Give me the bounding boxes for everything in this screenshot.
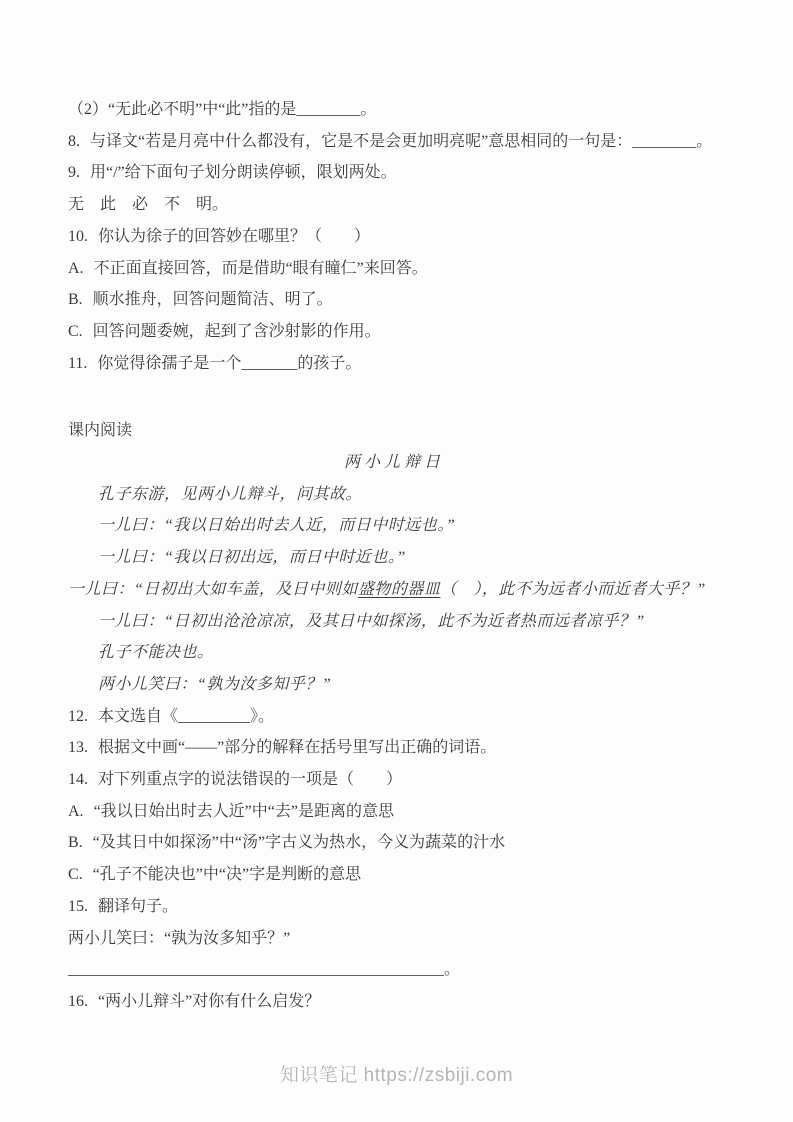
passage-line-4: 一儿曰：“日初出大如车盖，及日中则如盛物的器皿（ ），此不为远者小而近者大乎？”: [68, 574, 770, 606]
option-c-text: “孔子不能决也”中“决”字是判断的意思: [93, 866, 361, 883]
question-15-text: 翻译句子。: [98, 898, 178, 915]
question-10-option-a: A.不正面直接回答，而是借助“眼有瞳仁”来回答。: [68, 253, 770, 285]
question-12-text: 本文选自《_________》。: [98, 708, 274, 725]
question-15-number: 15.: [68, 898, 88, 915]
sub-question-2: （2）“无此必不明”中“此”指的是________。: [68, 94, 770, 126]
option-b-letter: B.: [68, 834, 83, 851]
option-a-letter: A.: [68, 803, 84, 820]
question-12-number: 12.: [68, 708, 88, 725]
question-8: 8.与译文“若是月亮中什么都没有，它是不是会更加明亮呢”意思相同的一句是：___…: [68, 126, 770, 158]
question-11-text: 你觉得徐孺子是一个_______的孩子。: [97, 355, 361, 372]
question-16-text: “两小儿辩斗”对你有什么启发？: [98, 993, 320, 1010]
option-b-letter: B.: [68, 291, 83, 308]
option-a-letter: A.: [68, 260, 84, 277]
question-9-text: 用“/”给下面句子划分朗读停顿，限划两处。: [90, 164, 397, 181]
option-a-text: “我以日始出时去人近”中“去”是距离的意思: [94, 803, 394, 820]
question-10-option-c: C.回答问题委婉，起到了含沙射影的作用。: [68, 316, 770, 348]
question-10-text: 你认为徐子的回答妙在哪里？（ ）: [98, 228, 370, 245]
option-b-text: 顺水推舟，回答问题简洁、明了。: [93, 291, 333, 308]
passage-line-7: 两小儿笑曰：“孰为汝多知乎？”: [68, 669, 770, 701]
footer-watermark: 知识笔记 https://zsbiji.com: [0, 1060, 793, 1087]
question-8-text: 与译文“若是月亮中什么都没有，它是不是会更加明亮呢”意思相同的一句是：_____…: [90, 133, 712, 150]
pause-marking-sentence: 无 此 必 不 明。: [68, 189, 770, 221]
question-9: 9.用“/”给下面句子划分朗读停顿，限划两处。: [68, 157, 770, 189]
question-16: 16.“两小儿辩斗”对你有什么启发？: [68, 986, 770, 1018]
worksheet-content: （2）“无此必不明”中“此”指的是________。 8.与译文“若是月亮中什么…: [68, 94, 770, 1018]
question-14-option-a: A.“我以日始出时去人近”中“去”是距离的意思: [68, 796, 770, 828]
worksheet-page: （2）“无此必不明”中“此”指的是________。 8.与译文“若是月亮中什么…: [0, 0, 793, 1122]
underlined-phrase: 盛物的器皿: [358, 581, 441, 598]
passage-line-6: 孔子不能决也。: [68, 637, 770, 669]
option-a-text: 不正面直接回答，而是借助“眼有瞳仁”来回答。: [94, 260, 428, 277]
question-15: 15.翻译句子。: [68, 891, 770, 923]
question-10-number: 10.: [68, 228, 88, 245]
question-12: 12.本文选自《_________》。: [68, 701, 770, 733]
option-c-letter: C.: [68, 866, 83, 883]
option-b-text: “及其日中如探汤”中“汤”字古义为热水，今义为蔬菜的汁水: [93, 834, 505, 851]
question-16-number: 16.: [68, 993, 88, 1010]
passage-line-2: 一儿曰：“我以日始出时去人近，而日中时远也。”: [68, 510, 770, 542]
passage-title: 两小儿辩日: [68, 447, 770, 479]
question-14-text: 对下列重点字的说法错误的一项是（ ）: [98, 771, 402, 788]
passage-line-1: 孔子东游，见两小儿辩斗，问其故。: [68, 479, 770, 511]
question-11: 11.你觉得徐孺子是一个_______的孩子。: [68, 348, 770, 380]
question-10-option-b: B.顺水推舟，回答问题简洁、明了。: [68, 284, 770, 316]
answer-blank-line: ________________________________________…: [68, 954, 770, 986]
question-14-option-b: B.“及其日中如探汤”中“汤”字古义为热水，今义为蔬菜的汁水: [68, 827, 770, 859]
question-13-text: 根据文中画“——”部分的解释在括号里写出正确的词语。: [98, 739, 496, 756]
question-13-number: 13.: [68, 739, 88, 756]
passage-line-4-before: 一儿曰：“日初出大如车盖，及日中则如: [68, 581, 358, 598]
translation-source-sentence: 两小儿笑曰：“孰为汝多知乎？”: [68, 923, 770, 955]
passage-line-4-after: （ ），此不为远者小而近者大乎？”: [440, 581, 705, 598]
passage-line-5: 一儿曰：“日初出沧沧凉凉，及其日中如探汤，此不为近者热而远者凉乎？”: [68, 606, 770, 638]
passage-line-3: 一儿曰：“我以日初出远，而日中时近也。”: [68, 542, 770, 574]
option-c-text: 回答问题委婉，起到了含沙射影的作用。: [93, 323, 381, 340]
question-14-option-c: C.“孔子不能决也”中“决”字是判断的意思: [68, 859, 770, 891]
question-13: 13.根据文中画“——”部分的解释在括号里写出正确的词语。: [68, 732, 770, 764]
option-c-letter: C.: [68, 323, 83, 340]
question-10: 10.你认为徐子的回答妙在哪里？（ ）: [68, 221, 770, 253]
question-14: 14.对下列重点字的说法错误的一项是（ ）: [68, 764, 770, 796]
question-8-number: 8.: [68, 133, 80, 150]
section-label-reading: 课内阅读: [68, 415, 770, 447]
question-14-number: 14.: [68, 771, 88, 788]
question-11-number: 11.: [68, 355, 87, 372]
question-9-number: 9.: [68, 164, 80, 181]
